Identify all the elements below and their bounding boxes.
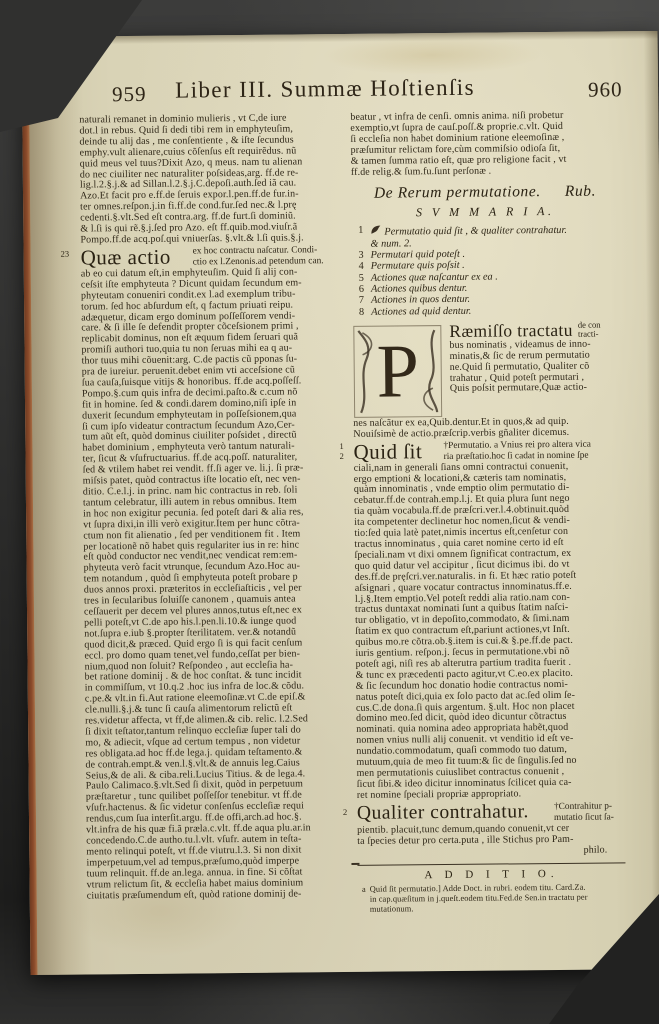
additio-title: A D D I T I O.: [358, 868, 626, 883]
quae-actio-section-head: 23 Quæ actio ex hoc contractu naſcatur. …: [81, 244, 345, 270]
incipit-paragraph: P Ræmiſſo tractatu de contracti- bus nom…: [352, 320, 621, 440]
right-paragraph-1: beatur , vt infra de cenſi. omnis anima.…: [350, 110, 619, 178]
quid-sit-body: ciali,nam in generali ſians omni contrac…: [354, 461, 625, 802]
summaria-number: 3: [352, 250, 364, 261]
summaria-number: 7: [352, 295, 364, 306]
left-paragraph-1: naturali remanet in dominio mulieris , v…: [79, 113, 344, 246]
heading-wrap-lines: ex hoc contractu naſcatur. Condi-ctio ex…: [193, 244, 324, 268]
rubric-label: Rub.: [565, 183, 596, 201]
margin-number: 23: [61, 249, 70, 259]
text-line: †Permutatio. a Vnius rei pro altera vica: [443, 439, 591, 451]
ornate-initial-P: P: [352, 324, 443, 419]
incipit-side-note: de contracti-: [578, 320, 601, 339]
text-line: ctio ex l.Zenonis.ad petendum can.: [193, 256, 324, 268]
summaria-text: Permutatio quid ſit , & qualiter contrah…: [370, 223, 567, 249]
heading-wrap-lines: †Permutatio. a Vnius rei pro altera vica…: [443, 438, 591, 462]
summaria-number: 5: [352, 272, 364, 283]
section-heading-quae-actio: Quæ actio: [81, 245, 193, 268]
leaf-ornament-icon: [370, 225, 381, 238]
summaria-list: 1Permutatio quid ſit , & qualiter contra…: [351, 223, 620, 318]
text-line: ff.de relig.& ſum.fu.ſunt perſonæ .: [351, 165, 619, 178]
footnote-marker: a: [358, 885, 366, 914]
summaria-text: Actiones in quos dentur.: [371, 294, 470, 306]
margin-number: 2: [339, 451, 343, 461]
section-heading-quid-sit: Quid ſit: [353, 440, 443, 463]
page-number-right: 960: [588, 77, 623, 102]
quid-sit-section-head: 1 2 Quid ſit †Permutatio. a Vnius rei pr…: [353, 438, 621, 464]
qualiter-section-head: 2 Qualiter contrahatur. †Contrahitur p-m…: [357, 800, 625, 826]
rubric-title: De Rerum permutatione.: [374, 184, 541, 204]
summaria-text: Actiones quibus dentur.: [371, 283, 467, 295]
summaria-text: Permutari quid poteſt .: [371, 249, 465, 261]
incipit-first-line: Ræmiſſo tractatu de contracti-: [449, 320, 620, 341]
heading-wrap-lines: †Contrahitur p-mutatio ſicut ſa-: [554, 800, 614, 823]
incipit-full-lines: nes naſcãtur ex ea,Quib.dentur.Et in quo…: [353, 416, 621, 440]
text-line: ria præſtatio.hoc ſi cadat in nomine ſpe: [444, 450, 592, 462]
footnote-lines: Quid ſit permutatio.] Adde Doct. in rubr…: [370, 883, 588, 914]
running-title: Liber III. Summæ Hoſtienſis: [22, 73, 628, 105]
incipit-large-text: Ræmiſſo tractatu: [449, 321, 573, 341]
left-paragraph-2: ab eo cui datum eſt,in emphyteuſim. Quid…: [81, 267, 351, 902]
summaria-text: Permutare quis poſsit .: [371, 260, 465, 272]
svg-text:P: P: [376, 329, 419, 413]
rubric-heading: De Rerum permutatione. Rub.: [351, 183, 619, 204]
page-right-edge-shadow: [643, 31, 659, 969]
summaria-number: 1: [351, 225, 363, 250]
summaria-text-continued: & num. 2.: [370, 237, 567, 250]
page-header: 959 Liber III. Summæ Hoſtienſis 960: [22, 69, 658, 105]
text-line: mutatio ſicut ſa-: [554, 812, 614, 823]
additio-note: a Quid ſit permutatio.] Adde Doct. in ru…: [358, 883, 626, 914]
text-line: mutationum.: [370, 902, 588, 914]
summaria-text: Actiones quæ naſcantur ex ea .: [371, 271, 498, 284]
section-heading-qualiter: Qualiter contrahatur.: [357, 801, 554, 825]
book-page: 959 Liber III. Summæ Hoſtienſis 960 natu…: [22, 31, 659, 975]
summaria-number: 4: [352, 261, 364, 272]
summaria-title: S V M M A R I A.: [351, 204, 619, 222]
summaria-text: Actiones ad quid dentur.: [371, 305, 471, 317]
summaria-number: 8: [352, 306, 364, 317]
text-line: †Contrahitur p-: [554, 801, 614, 812]
summaria-item: 8Actiones ad quid dentur.: [352, 304, 620, 318]
summaria-item: 1Permutatio quid ſit , & qualiter contra…: [351, 223, 619, 250]
left-column: naturali remanet in dominio mulieris , v…: [79, 113, 351, 902]
margin-number: 1: [339, 441, 343, 451]
margin-number: 2: [343, 807, 347, 817]
photograph-background: 959 Liber III. Summæ Hoſtienſis 960 natu…: [0, 0, 659, 1024]
summaria-number: 6: [352, 284, 364, 295]
right-column: beatur , vt infra de cenſi. omnis anima.…: [350, 110, 626, 914]
text-line: ciuitatis præſumendum eſt, quòd ratione …: [87, 888, 351, 901]
